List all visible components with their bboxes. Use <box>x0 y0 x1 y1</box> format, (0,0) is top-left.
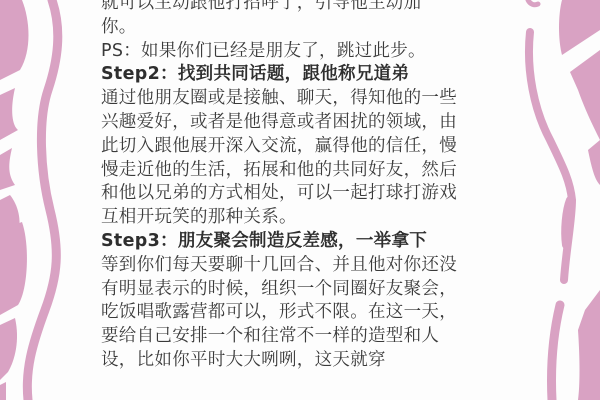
step2-heading: Step2：找到共同话题，跟他称兄道弟 <box>101 63 473 87</box>
intro-cut-line: 就可以主动跟他打招呼了，引导他主动加 <box>101 0 473 16</box>
intro-end: 你。 <box>101 16 473 40</box>
ps-note: PS：如果你们已经是朋友了，跳过此步。 <box>101 40 473 64</box>
document-page: 就可以主动跟他打招呼了，引导他主动加 你。 PS：如果你们已经是朋友了，跳过此步… <box>0 0 600 400</box>
step3-body: 等到你们每天要聊十几回合、并且他对你还没有明显表示的时候，组织一个同圈好友聚会，… <box>101 254 473 373</box>
article-text: 就可以主动跟他打招呼了，引导他主动加 你。 PS：如果你们已经是朋友了，跳过此步… <box>101 0 473 373</box>
step3-heading: Step3：朋友聚会制造反差感，一举拿下 <box>101 230 473 254</box>
pink-wave-decoration-right-icon <box>500 0 600 400</box>
pink-wave-decoration-left-icon <box>0 0 100 400</box>
step2-body: 通过他朋友圈或是接触、聊天，得知他的一些兴趣爱好，或者是他得意或者困扰的领域，由… <box>101 87 473 230</box>
